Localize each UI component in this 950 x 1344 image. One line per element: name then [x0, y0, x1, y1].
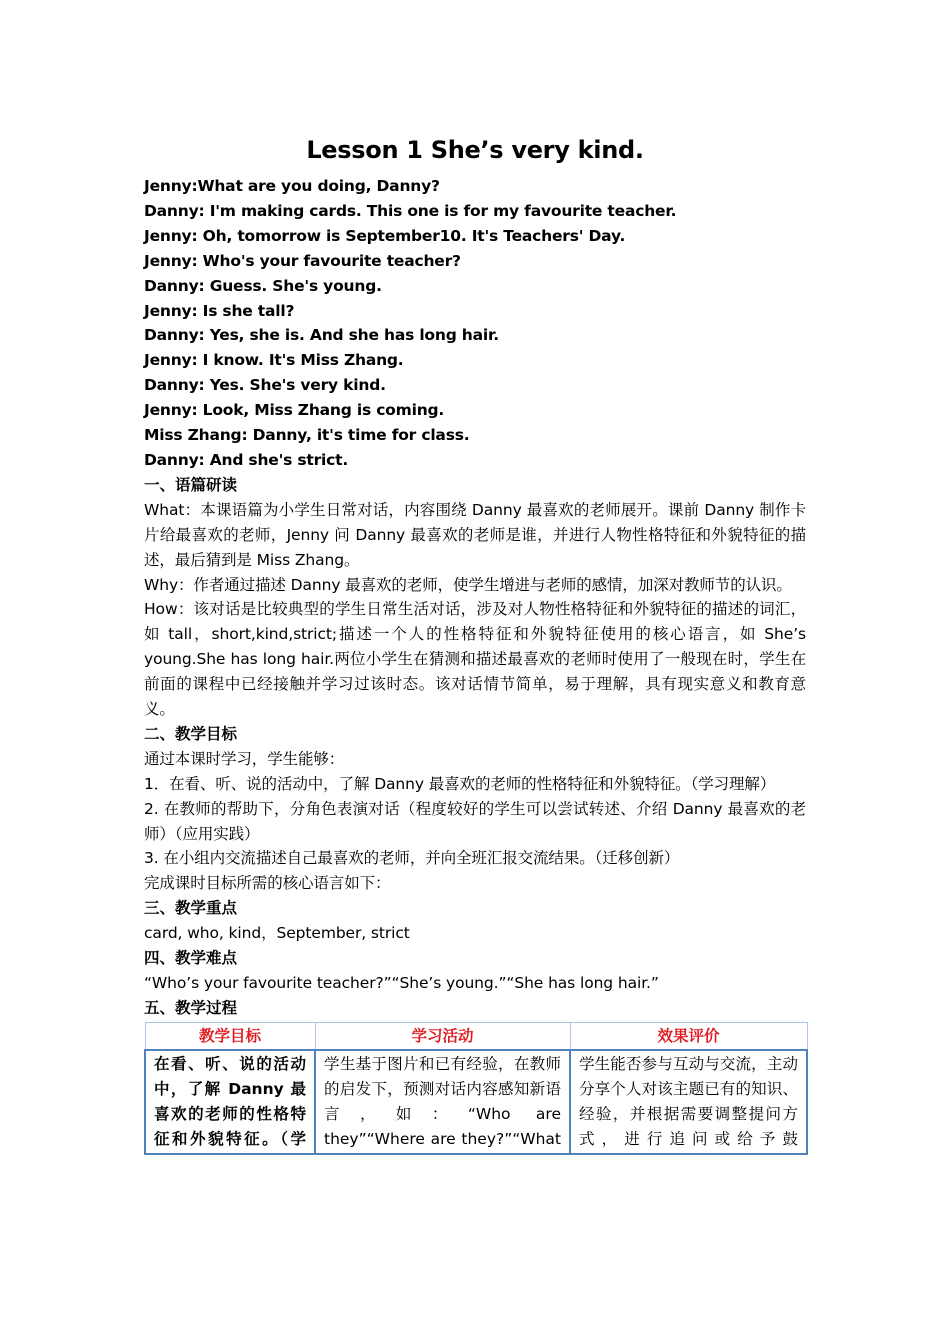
dialogue-line: Jenny: Who's your favourite teacher? — [144, 249, 806, 274]
section-key-points: 三、教学重点 card, who, kind，September, strict — [144, 896, 806, 946]
goal-item: 1．在看、听、说的活动中，了解 Danny 最喜欢的老师的性格特征和外貌特征。（… — [144, 772, 806, 797]
what-paragraph: What：本课语篇为小学生日常对话，内容围绕 Danny 最喜欢的老师展开。课前… — [144, 498, 806, 573]
core-language-note: 完成课时目标所需的核心语言如下： — [144, 871, 806, 896]
dialogue-line: Jenny:What are you doing, Danny? — [144, 174, 806, 199]
dialogue-line: Danny: Yes, she is. And she has long hai… — [144, 323, 806, 348]
cell-activity: 学生基于图片和已有经验，在教师的启发下，预测对话内容感知新语言，如：“Who a… — [315, 1050, 570, 1154]
section-heading: 五、教学过程 — [144, 996, 806, 1021]
teaching-process-table: 教学目标 学习活动 效果评价 在看、听、说的活动中，了解 Danny 最喜欢的老… — [144, 1022, 808, 1155]
cell-goal-text: 在看、听、说的活动中，了解 Danny 最喜欢的老师的性格特征和外貌特征。（学 — [154, 1052, 306, 1152]
dialogue-line: Danny: Guess. She's young. — [144, 274, 806, 299]
goal-item: 2. 在教师的帮助下，分角色表演对话（程度较好的学生可以尝试转述、介绍 Dann… — [144, 797, 806, 847]
cell-evaluation: 学生能否参与互动与交流，主动分享个人对该主题已有的知识、经验，并根据需要调整提问… — [570, 1050, 807, 1154]
dialogue-line: Jenny: I know. It's Miss Zhang. — [144, 348, 806, 373]
dialogue-line: Danny: And she's strict. — [144, 448, 806, 473]
table-row: 在看、听、说的活动中，了解 Danny 最喜欢的老师的性格特征和外貌特征。（学 … — [145, 1050, 807, 1154]
dialogue-line: Miss Zhang: Danny, it's time for class. — [144, 423, 806, 448]
dialogue-line: Danny: Yes. She's very kind. — [144, 373, 806, 398]
section-teaching-process: 五、教学过程 教学目标 学习活动 效果评价 在看、听、说的活动中，了解 Dann… — [144, 996, 806, 1155]
section-text-analysis: 一、语篇研读 What：本课语篇为小学生日常对话，内容围绕 Danny 最喜欢的… — [144, 473, 806, 722]
cell-evaluation-text: 学生能否参与互动与交流，主动分享个人对该主题已有的知识、经验，并根据需要调整提问… — [579, 1052, 798, 1152]
table-header-row: 教学目标 学习活动 效果评价 — [145, 1022, 807, 1050]
section-difficulties: 四、教学难点 “Who’s your favourite teacher?”“S… — [144, 946, 806, 996]
difficulties-content: “Who’s your favourite teacher?”“She’s yo… — [144, 971, 806, 996]
section-heading: 四、教学难点 — [144, 946, 806, 971]
cell-activity-text: 学生基于图片和已有经验，在教师的启发下，预测对话内容感知新语言，如：“Who a… — [324, 1052, 561, 1152]
header-teaching-goal: 教学目标 — [145, 1022, 315, 1050]
header-evaluation: 效果评价 — [570, 1022, 807, 1050]
section-teaching-goals: 二、教学目标 通过本课时学习，学生能够： 1．在看、听、说的活动中，了解 Dan… — [144, 722, 806, 896]
document-page: Lesson 1 She’s very kind. Jenny:What are… — [144, 130, 806, 1155]
header-learning-activity: 学习活动 — [315, 1022, 570, 1050]
dialogue-line: Jenny: Is she tall? — [144, 299, 806, 324]
section-heading: 一、语篇研读 — [144, 473, 806, 498]
dialogue-block: Jenny:What are you doing, Danny? Danny: … — [144, 174, 806, 473]
why-paragraph: Why：作者通过描述 Danny 最喜欢的老师，使学生增进与老师的感情，加深对教… — [144, 573, 806, 598]
dialogue-line: Jenny: Oh, tomorrow is September10. It's… — [144, 224, 806, 249]
goal-item: 3. 在小组内交流描述自己最喜欢的老师，并向全班汇报交流结果。（迁移创新） — [144, 846, 806, 871]
key-points-content: card, who, kind，September, strict — [144, 921, 806, 946]
dialogue-line: Jenny: Look, Miss Zhang is coming. — [144, 398, 806, 423]
dialogue-line: Danny: I'm making cards. This one is for… — [144, 199, 806, 224]
goals-intro: 通过本课时学习，学生能够： — [144, 747, 806, 772]
lesson-title: Lesson 1 She’s very kind. — [144, 130, 806, 170]
section-heading: 三、教学重点 — [144, 896, 806, 921]
how-paragraph: How：该对话是比较典型的学生日常生活对话，涉及对人物性格特征和外貌特征的描述的… — [144, 597, 806, 722]
section-heading: 二、教学目标 — [144, 722, 806, 747]
cell-goal: 在看、听、说的活动中，了解 Danny 最喜欢的老师的性格特征和外貌特征。（学 — [145, 1050, 315, 1154]
